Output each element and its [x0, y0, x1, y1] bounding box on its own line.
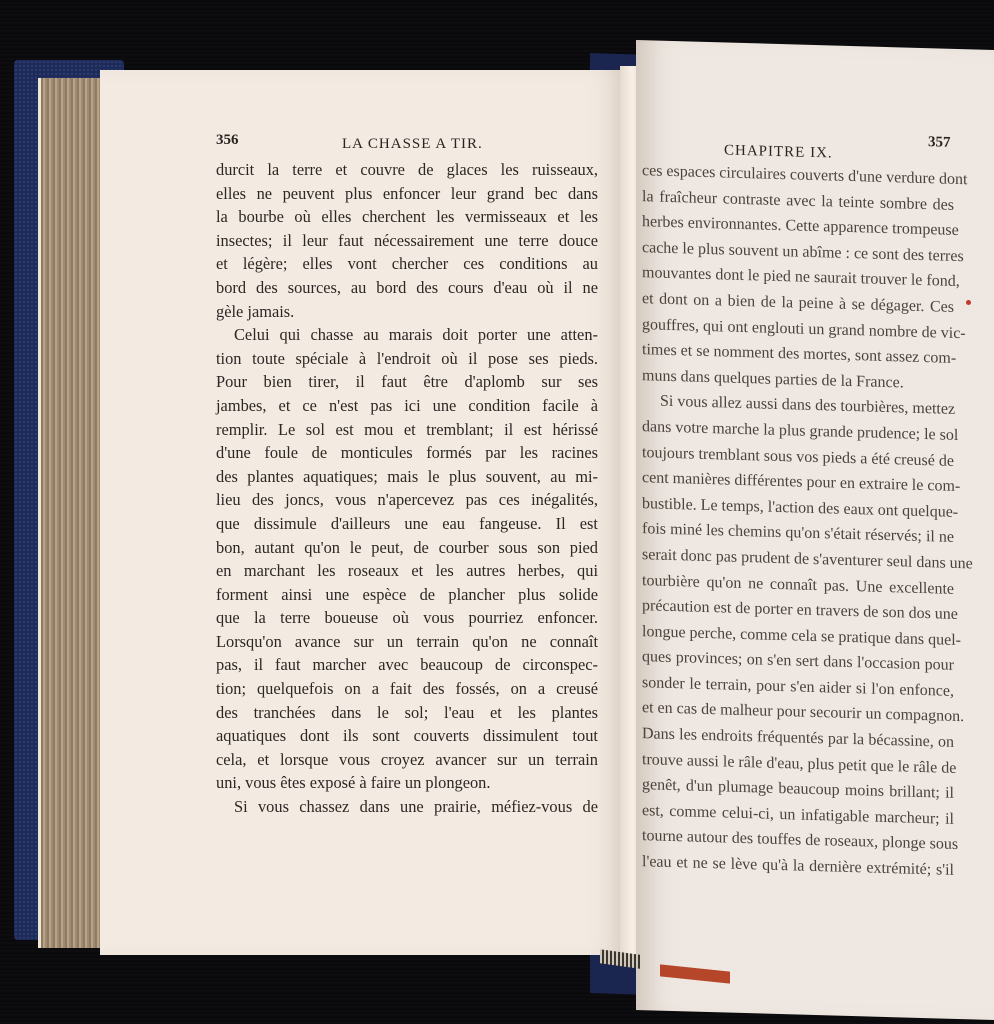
running-head-right: CHAPITRE IX. [724, 142, 833, 162]
text-line: lieu des joncs, vous n'apercevez pas ces… [216, 488, 598, 512]
text-line: cela, et lorsque vous croyez avancer sur… [216, 748, 598, 772]
text-line: tion; quelquefois on a fait des fossés, … [216, 677, 598, 701]
text-line: forment ainsi une espèce de plancher plu… [216, 583, 598, 607]
text-line: Celui qui chasse au marais doit porter u… [216, 323, 598, 347]
text-line: pas, il faut marcher avec beaucoup de ci… [216, 653, 598, 677]
running-head-left: LA CHASSE A TIR. [342, 136, 483, 153]
text-line: gèle jamais. [216, 300, 598, 324]
text-line: tion toute spéciale à l'endroit où il po… [216, 347, 598, 371]
text-line: bon, autant qu'on le peut, de courber so… [216, 536, 598, 560]
text-line: aquatiques dont ils sont couverts dissim… [216, 724, 598, 748]
text-line: et légère; elles vont chercher ces condi… [216, 252, 598, 276]
text-line: la bourbe où elles cherchent les vermiss… [216, 205, 598, 229]
page-number-right: 357 [928, 134, 951, 152]
text-line: des tranchées dans le sol; l'eau et les … [216, 701, 598, 725]
left-page: 356 LA CHASSE A TIR. durcit la terre et … [100, 70, 630, 955]
text-line: durcit la terre et couvre de glaces les … [216, 158, 598, 182]
text-line: que la terre boueuse où vous pourriez en… [216, 606, 598, 630]
right-page-text: ces espaces circulaires couverts d'une v… [642, 158, 954, 883]
text-line: remplir. Le sol est mou et tremblant; il… [216, 418, 598, 442]
text-line: uni, vous êtes exposé à faire un plongeo… [216, 771, 598, 795]
text-line: Pour bien tirer, il faut être d'aplomb s… [216, 370, 598, 394]
text-line: elles ne peuvent plus enfoncer leur gran… [216, 182, 598, 206]
text-line: jambes, et ce n'est pas ici une conditio… [216, 394, 598, 418]
text-line: Si vous chassez dans une prairie, méfiez… [216, 795, 598, 819]
left-page-text: durcit la terre et couvre de glaces les … [216, 158, 598, 819]
page-number-left: 356 [216, 132, 239, 149]
text-line: insectes; il leur faut nécessairement un… [216, 229, 598, 253]
right-page: CHAPITRE IX. 357 ces espaces circulaires… [636, 40, 994, 1020]
text-line: des plantes aquatiques; mais le plus sou… [216, 465, 598, 489]
text-line: bord des sources, au bord des cours d'ea… [216, 276, 598, 300]
red-speck [966, 300, 971, 305]
text-line: en marchant les roseaux et les autres he… [216, 559, 598, 583]
text-line: que dissimule d'ailleurs une eau fangeus… [216, 512, 598, 536]
text-line: Lorsqu'on avance sur un terrain qu'on ne… [216, 630, 598, 654]
text-line: d'une foule de monticules formés par les… [216, 441, 598, 465]
